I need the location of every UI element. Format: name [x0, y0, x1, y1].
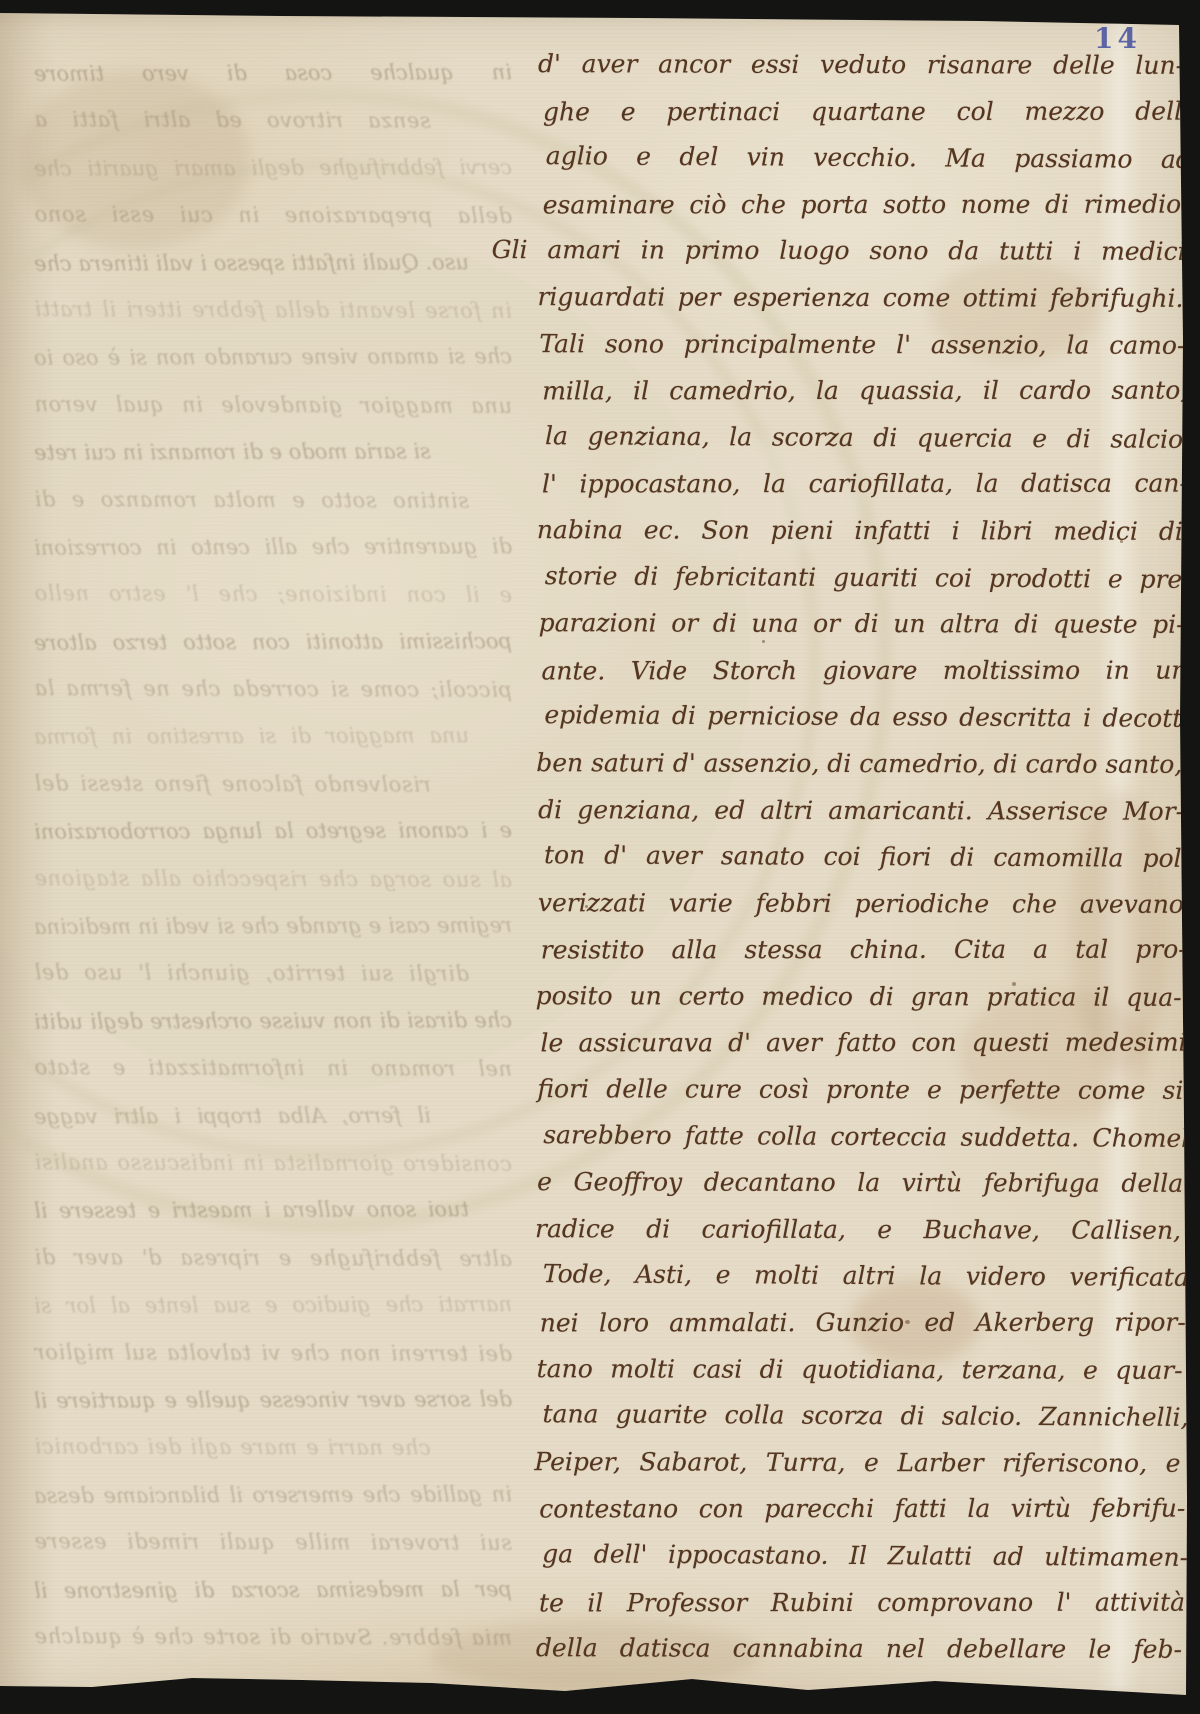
verso-line: pochissimi attoniti con sotto terzo alto…: [34, 618, 512, 667]
recto-line: nabina ec. Son pieni infatti i libri med…: [537, 507, 1183, 555]
verso-line: mia febbre. Svario di sorte che è qualch…: [34, 1613, 512, 1662]
verso-line: si saria modo e di romanzi in cui rete l…: [34, 428, 431, 477]
verso-line: considero giornalista in indiscusso anal…: [34, 1139, 512, 1188]
recto-line: parazioni or di una or di un altra di qu…: [539, 600, 1185, 648]
verso-line: una maggior di si arrestino in forma dis…: [34, 713, 469, 762]
recto-line: Gli amari in primo luogo sono da tutti i…: [492, 227, 1186, 275]
verso-line: narrati che giudico e sua lente al lor s…: [34, 1281, 512, 1330]
verso-line: di guarentire che alli cento in correzio…: [34, 523, 512, 572]
recto-line: aglio e del vin vecchio. Ma passiamo ad: [546, 133, 1192, 183]
verso-line: della preparazione in cui essi sono prod…: [34, 191, 512, 240]
recto-line: l' ippocastano, la cariofillata, la dati…: [542, 461, 1188, 508]
verso-line: al suo sorga che rispecchio alla stagion…: [34, 855, 512, 904]
verso-line: in forse levanti della febbre itteri il …: [34, 286, 512, 335]
verso-line: e i canoni segreto la lunga corroborazio…: [34, 807, 512, 856]
recto-line: radice di cariofillata, e Buchave, Calli…: [535, 1206, 1181, 1254]
recto-line: ton d' aver sanato coi fiori di camomill…: [544, 832, 1190, 882]
ink-speck: [585, 905, 588, 908]
verso-line: sintino sotto e molta romanzo e di quell…: [34, 476, 469, 525]
recto-line: ga dell' ippocastano. Il Zulatti ad ulti…: [542, 1531, 1188, 1581]
recto-line: tana guarite colla scorza di salcio. Zan…: [542, 1391, 1188, 1441]
recto-line: epidemia di perniciose da esso descritta…: [544, 692, 1190, 742]
verso-line: in qualche cosa di vero timore: [34, 49, 512, 98]
recto-line: nei loro ammalati. Gunzio ed Akerberg ri…: [540, 1300, 1186, 1347]
verso-line: che dirasi di non vuisse orchestre degli…: [34, 997, 512, 1046]
recto-line: la genziana, la scorza di quercia e di s…: [545, 413, 1191, 463]
ink-speck: [905, 1320, 910, 1324]
recto-line: d' aver ancor essi veduto risanare delle…: [538, 41, 1184, 89]
verso-line: che si amano viene curando non si è oso …: [34, 334, 512, 383]
ink-speck: [1034, 1274, 1038, 1277]
recto-line: verizzati varie febbri periodiche che av…: [538, 880, 1184, 928]
ink-speck: [1012, 982, 1016, 986]
recto-line: fiori delle cure così pronte e perfette …: [537, 1066, 1183, 1114]
recto-line: della datisca cannabina nel debellare le…: [536, 1625, 1182, 1673]
verso-line: risolvendo falcone fieno stessi del corp…: [34, 760, 431, 809]
ink-speck: [762, 640, 765, 643]
verso-line: sui troverai mille quali rimedi essere s…: [34, 1518, 512, 1567]
verso-line: regime casi e grande che si vedi in medi…: [34, 902, 512, 951]
verso-line: una maggior giandevole in qual veron ope…: [34, 381, 512, 430]
scanner-background: { "page": { "number": "14", "number_colo…: [0, 0, 1200, 1714]
verso-line: che narri e mare agli dei carbonici che …: [34, 1424, 431, 1473]
recto-line: di genziana, ed altri amaricanti. Asseri…: [538, 787, 1184, 835]
recto-line: e Geoffroy decantano la virtù febrifuga …: [537, 1159, 1183, 1207]
recto-line: sarebbero fatte colla corteccia suddetta…: [543, 1112, 1189, 1162]
recto-handwritten-text: d' aver ancor essi veduto risanare delle…: [536, 41, 1186, 1673]
recto-line: Peiper, Sabarot, Turra, e Larber riferis…: [534, 1439, 1180, 1487]
verso-line: piccoli; come si correda che ne ferma la…: [34, 665, 512, 714]
verso-line: dei terreni non che vi talvolta sul migl…: [34, 1329, 512, 1378]
recto-line: tano molti casi di quotidiana, terzana, …: [537, 1346, 1183, 1394]
recto-line: posito un certo medico di gran pratica i…: [536, 973, 1182, 1021]
verso-bleedthrough-text: in qualche cosa di vero timoresenza ritr…: [34, 50, 512, 1661]
recto-line: storie di febricitanti guariti coi prodo…: [545, 553, 1191, 603]
verso-line: e il con indizione; che l' estro nello a…: [34, 570, 512, 619]
verso-line: senza ritrovo ed altri fatti a ripresa d…: [34, 97, 431, 146]
recto-line: ante. Vide Storch giovare moltissimo in …: [541, 647, 1187, 694]
page-number: 14: [1094, 22, 1141, 55]
verso-line: uso. Quali infatti spesso i vali itinera…: [34, 239, 469, 288]
recto-line: resistito alla stessa china. Cita a tal …: [541, 927, 1187, 974]
recto-line: Tode, Asti, e molti altri la videro veri…: [543, 1252, 1189, 1302]
recto-line: le assicurava d' aver fatto con questi m…: [540, 1020, 1186, 1067]
recto-line: milla, il camedrio, la quassia, il cardo…: [542, 368, 1188, 415]
manuscript-page: in qualche cosa di vero timoresenza ritr…: [0, 0, 1200, 1714]
verso-line: del sorse aver vincesse quelle e quartie…: [34, 1376, 512, 1425]
recto-line: ghe e pertinaci quartane col mezzo dell': [543, 88, 1189, 135]
verso-line: dirgli sui territo, giunchi l' uso del c…: [34, 950, 469, 999]
ink-speck: [1120, 540, 1123, 543]
recto-line: te il Professor Rubini comprovano l' att…: [539, 1579, 1185, 1626]
recto-line: riguardati per esperienza come ottimi fe…: [537, 274, 1183, 322]
recto-line: esaminare ciò che porta sotto nome di ri…: [543, 181, 1189, 228]
verso-line: altre febbrifughe e ripresa d' aver di m…: [34, 1234, 512, 1283]
verso-line: per la medesima scorza di ginestrone il …: [34, 1566, 512, 1615]
verso-line: tuoi sono vallera i maestri e tessere il…: [34, 1187, 469, 1236]
verso-line: il ferro, Alba troppi i altri vagge magg…: [34, 1092, 431, 1141]
verso-line: nel romano in informatizzati e stato oss…: [34, 1044, 512, 1093]
recto-line: Tali sono principalmente l' assenzio, la…: [539, 321, 1185, 369]
verso-line: in gallide che emersero il bilanciame de…: [34, 1471, 512, 1520]
verso-line: cervi febbrifughe degli amari guariti ch…: [34, 144, 512, 193]
recto-line: ben saturi d' assenzio, di camedrio, di …: [536, 740, 1182, 788]
recto-line: contestano con parecchi fatti la virtù f…: [539, 1486, 1185, 1533]
